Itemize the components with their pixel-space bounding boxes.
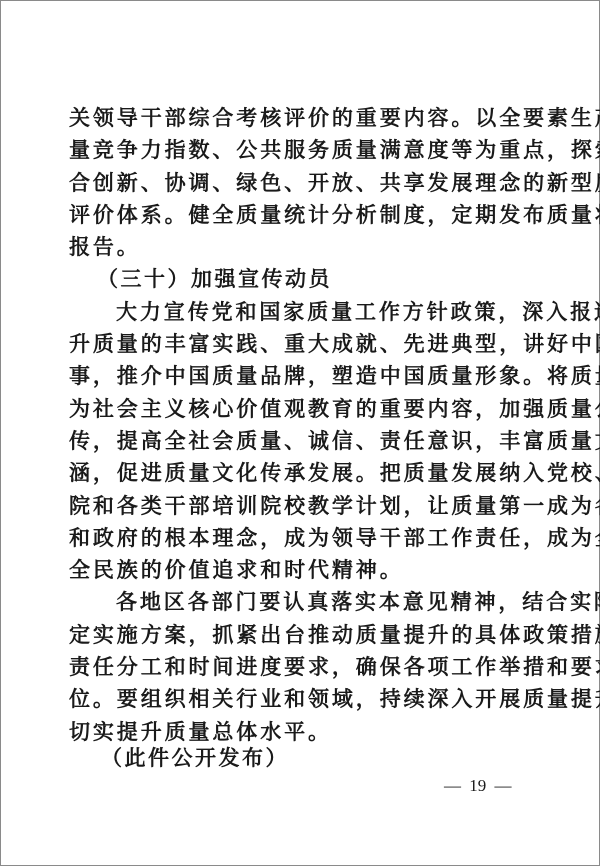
publication-note: （此件公开发布） bbox=[101, 742, 289, 772]
text-line: 评价体系。健全质量统计分析制度，定期发布质量状况分析 bbox=[69, 199, 525, 231]
document-page: 关领导干部综合考核评价的重要内容。以全要素生产率、质 量竞争力指数、公共服务质量… bbox=[0, 0, 600, 866]
text-line: 量竞争力指数、公共服务质量满意度等为重点，探索构建符 bbox=[69, 134, 525, 166]
paragraph-1-line: 为社会主义核心价值观教育的重要内容，加强质量公益宣 bbox=[69, 393, 525, 425]
paragraph-1-line: 涵，促进质量文化传承发展。把质量发展纳入党校、行政学 bbox=[69, 457, 525, 489]
paragraph-1-line: 升质量的丰富实践、重大成就、先进典型，讲好中国质量故 bbox=[69, 328, 525, 360]
paragraph-1-line: 全民族的价值追求和时代精神。 bbox=[69, 554, 525, 586]
paragraph-1-line: 院和各类干部培训院校教学计划，让质量第一成为各级党委 bbox=[69, 490, 525, 522]
paragraph-1-line: 事，推介中国质量品牌，塑造中国质量形象。将质量文化作 bbox=[69, 360, 525, 392]
text-line: 关领导干部综合考核评价的重要内容。以全要素生产率、质 bbox=[69, 102, 525, 134]
paragraph-2-line: 责任分工和时间进度要求，确保各项工作举措和要求落实到 bbox=[69, 651, 525, 683]
page-number: — 19 — bbox=[444, 776, 512, 796]
document-body: 关领导干部综合考核评价的重要内容。以全要素生产率、质 量竞争力指数、公共服务质量… bbox=[69, 102, 525, 748]
paragraph-1-line: 传，提高全社会质量、诚信、责任意识，丰富质量文化内 bbox=[69, 425, 525, 457]
paragraph-1-line: 大力宣传党和国家质量工作方针政策，深入报道我国提 bbox=[69, 296, 525, 328]
paragraph-1-line: 和政府的根本理念，成为领导干部工作责任，成为全社会、 bbox=[69, 522, 525, 554]
paragraph-2-line: 各地区各部门要认真落实本意见精神，结合实际研究制 bbox=[69, 586, 525, 618]
section-heading: （三十）加强宣传动员 bbox=[69, 263, 525, 295]
paragraph-2-line: 定实施方案，抓紧出台推动质量提升的具体政策措施，明确 bbox=[69, 619, 525, 651]
text-line: 合创新、协调、绿色、开放、共享发展理念的新型质量统计 bbox=[69, 167, 525, 199]
paragraph-2-line: 位。要组织相关行业和领域，持续深入开展质量提升行动， bbox=[69, 683, 525, 715]
text-line: 报告。 bbox=[69, 231, 525, 263]
